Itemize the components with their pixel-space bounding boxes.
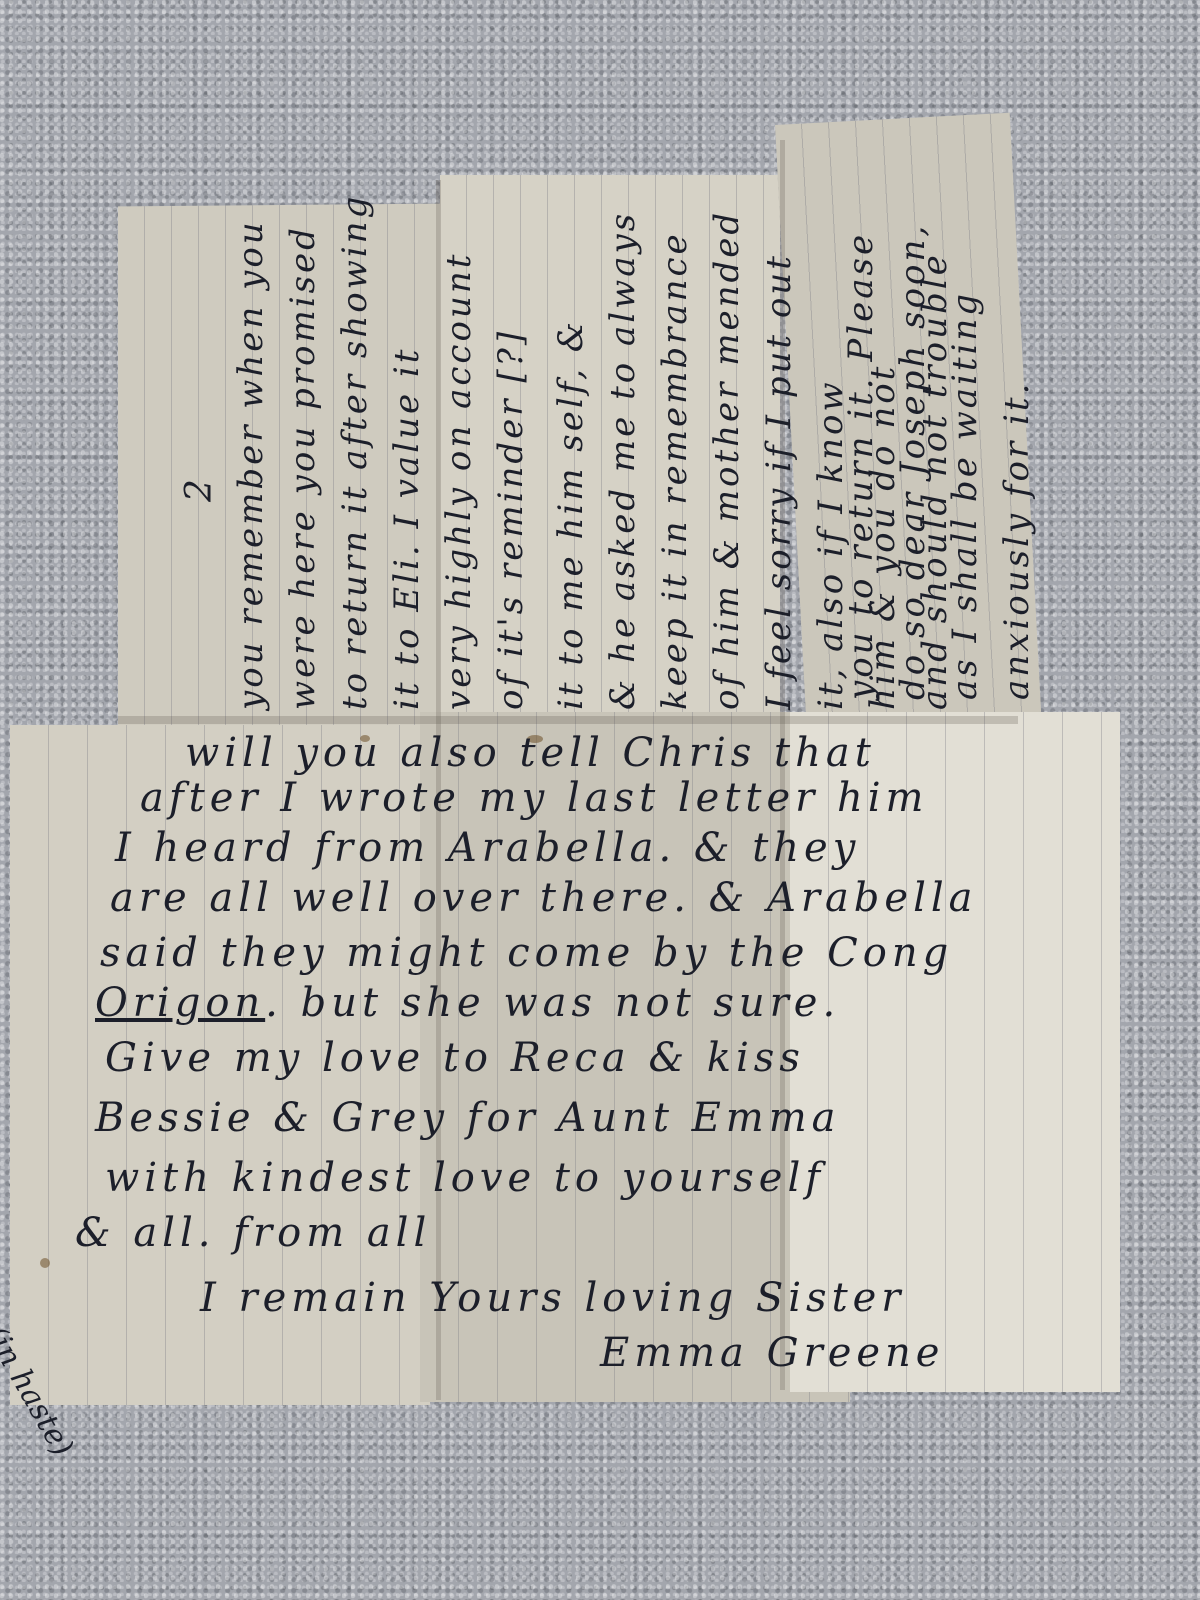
letter-line: Emma Greene — [600, 1330, 944, 1376]
letter-line: very highly on account — [433, 194, 485, 710]
letter-line: I heard from Arabella. & they — [115, 825, 860, 871]
letter-line: Origon. but she was not sure. — [95, 980, 840, 1026]
letter-line: Give my love to Reca & kiss — [105, 1035, 805, 1081]
letter-line: you to return it. Please — [835, 223, 887, 700]
letter-line: you remember when you — [225, 194, 277, 710]
letter-line: to return it after showing — [329, 194, 381, 710]
letter-line: & he asked me to always — [597, 210, 649, 710]
letter-line: as I shall be waiting — [939, 223, 991, 700]
letter-line: keep it in remembrance — [649, 210, 701, 710]
letter-line: with kindest love to yourself — [105, 1155, 825, 1201]
letter-line: of him & mother mended — [701, 210, 753, 710]
letter-line: it to Eli. I value it — [381, 194, 433, 710]
top-left-text-block: you remember when youwere here you promi… — [225, 194, 537, 710]
letter-line: said they might come by the Cong — [100, 930, 953, 976]
letter-line: do so dear Joseph soon, — [887, 223, 939, 700]
letter-line: after I wrote my last letter him — [140, 775, 928, 821]
letter-line: were here you promised — [277, 194, 329, 710]
letter: 2 you remember when youwere here you pro… — [0, 0, 1200, 1600]
stain-spot — [40, 1258, 50, 1268]
letter-line: I remain Yours loving Sister — [200, 1275, 905, 1321]
letter-line: will you also tell Chris that — [185, 730, 876, 776]
letter-line: are all well over there. & Arabella — [110, 875, 978, 921]
underlined-word: Origon — [95, 980, 265, 1026]
letter-line: of it's reminder [?] — [485, 194, 537, 710]
page-number: 2 — [179, 479, 220, 502]
horizontal-fold — [118, 716, 1018, 724]
letter-line: I feel sorry if I put out — [753, 210, 805, 710]
letter-line: it to me him self, & — [545, 210, 597, 710]
top-right-text-block: you to return it. Pleasedo so dear Josep… — [835, 223, 1043, 700]
letter-line: anxiously for it. — [991, 223, 1043, 700]
letter-line: Bessie & Grey for Aunt Emma — [95, 1095, 841, 1141]
letter-line: & all. from all — [75, 1210, 431, 1256]
